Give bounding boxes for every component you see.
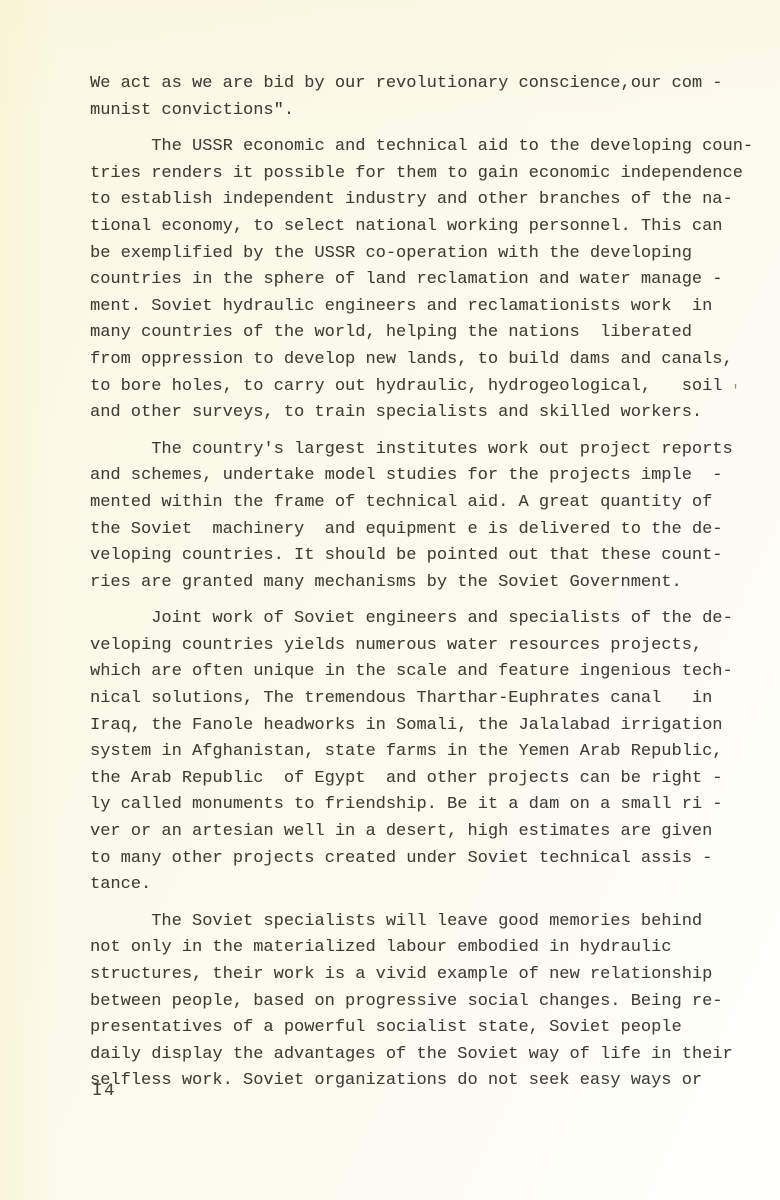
paragraph-quote-end: We act as we are bid by our revolutionar… (90, 71, 780, 124)
paragraph-joint-work: Joint work of Soviet engineers and speci… (90, 606, 780, 899)
typewritten-text-block: We act as we are bid by our revolutionar… (90, 71, 780, 1095)
page-number: I4 (92, 1078, 116, 1105)
paragraph-soviet-specialists: The Soviet specialists will leave good m… (90, 909, 780, 1095)
paragraph-ussr-aid: The USSR economic and technical aid to t… (90, 134, 780, 427)
stray-ink-mark: ' (731, 383, 740, 400)
paragraph-institutes: The country's largest institutes work ou… (90, 437, 780, 597)
scanned-document-page: We act as we are bid by our revolutionar… (0, 0, 780, 1200)
